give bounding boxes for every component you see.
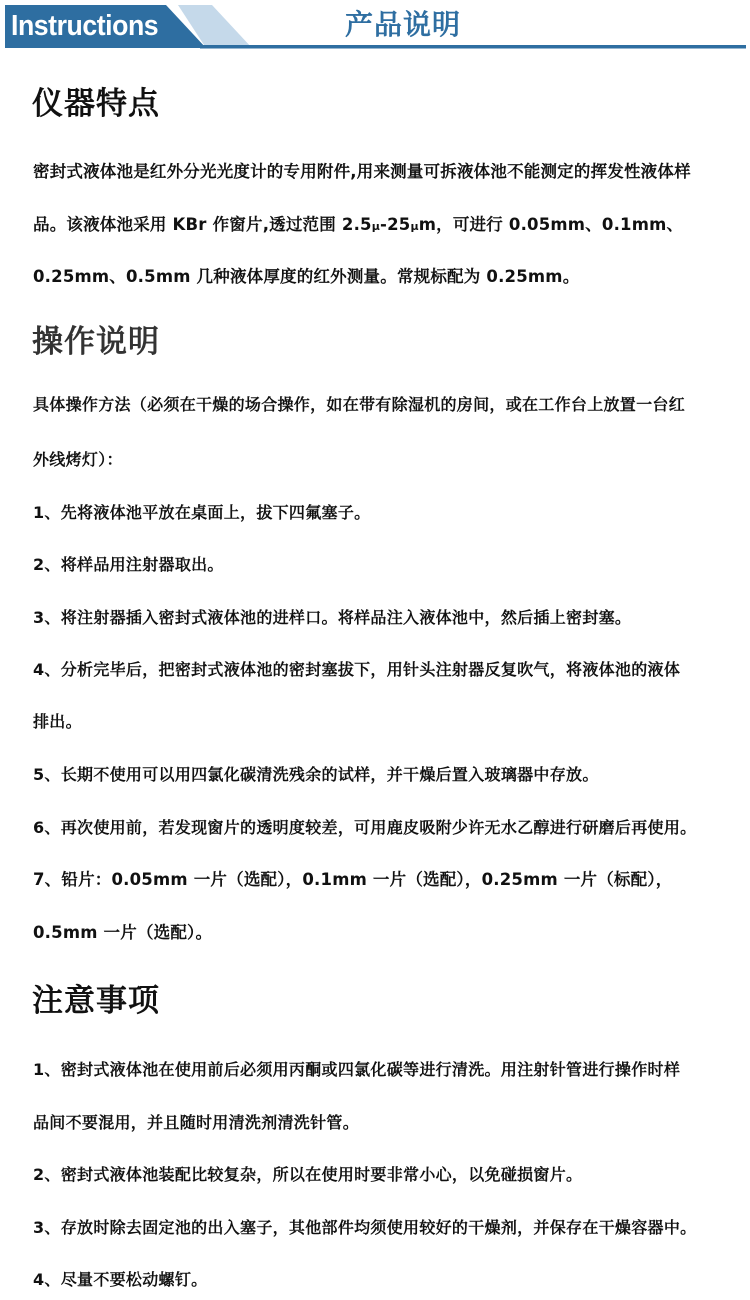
list-item: 5、长期不使用可以用四氯化碳清洗残余的试样，并干燥后置入玻璃器中存放。 [33, 763, 743, 787]
paragraph-line: 密封式液体池是红外分光光度计的专用附件,用来测量可拆液体池不能测定的挥发性液体样 [33, 160, 743, 184]
section-title-features: 仪器特点 [32, 86, 160, 122]
list-item: 7、铅片：0.05mm 一片（选配），0.1mm 一片（选配），0.25mm 一… [33, 868, 743, 892]
micro-sign: μ [410, 220, 418, 233]
list-item: 3、存放时除去固定池的出入塞子，其他部件均须使用较好的干燥剂，并保存在干燥容器中… [33, 1216, 743, 1240]
list-item: 1、先将液体池平放在桌面上，拔下四氟塞子。 [33, 501, 743, 525]
header-english-label: Instructions [11, 6, 158, 46]
paragraph-line: 0.25mm、0.5mm 几种液体厚度的红外测量。常规标配为 0.25mm。 [33, 265, 743, 289]
list-item-continuation: 排出。 [33, 710, 743, 734]
list-item: 4、尽量不要松动螺钉。 [33, 1268, 743, 1292]
micro-sign: μ [372, 220, 380, 233]
list-item-continuation: 品间不要混用，并且随时用清洗剂清洗针管。 [33, 1111, 743, 1135]
paragraph-line: 外线烤灯）： [33, 448, 743, 472]
list-item: 3、将注射器插入密封式液体池的进样口。将样品注入液体池中，然后插上密封塞。 [33, 606, 743, 630]
section-title-operation: 操作说明 [32, 324, 160, 360]
list-item: 2、将样品用注射器取出。 [33, 553, 743, 577]
paragraph-line: 品。该液体池采用 KBr 作窗片,透过范围 2.5μ-25μm，可进行 0.05… [33, 213, 743, 237]
list-item: 4、分析完毕后，把密封式液体池的密封塞拔下，用针头注射器反复吹气，将液体池的液体 [33, 658, 743, 682]
paragraph-line: 具体操作方法（必须在干燥的场合操作，如在带有除湿机的房间，或在工作台上放置一台红 [33, 393, 743, 417]
list-item-continuation: 0.5mm 一片（选配）。 [33, 921, 743, 945]
list-item: 6、再次使用前，若发现窗片的透明度较差，可用鹿皮吸附少许无水乙醇进行研磨后再使用… [33, 816, 743, 840]
list-item: 2、密封式液体池装配比较复杂，所以在使用时要非常小心，以免碰损窗片。 [33, 1163, 743, 1187]
header-banner: Instructions 产品说明 [0, 0, 750, 52]
section-title-notes: 注意事项 [32, 983, 160, 1019]
list-item: 1、密封式液体池在使用前后必须用丙酮或四氯化碳等进行清洗。用注射针管进行操作时样 [33, 1058, 743, 1082]
page-title: 产品说明 [345, 6, 461, 44]
